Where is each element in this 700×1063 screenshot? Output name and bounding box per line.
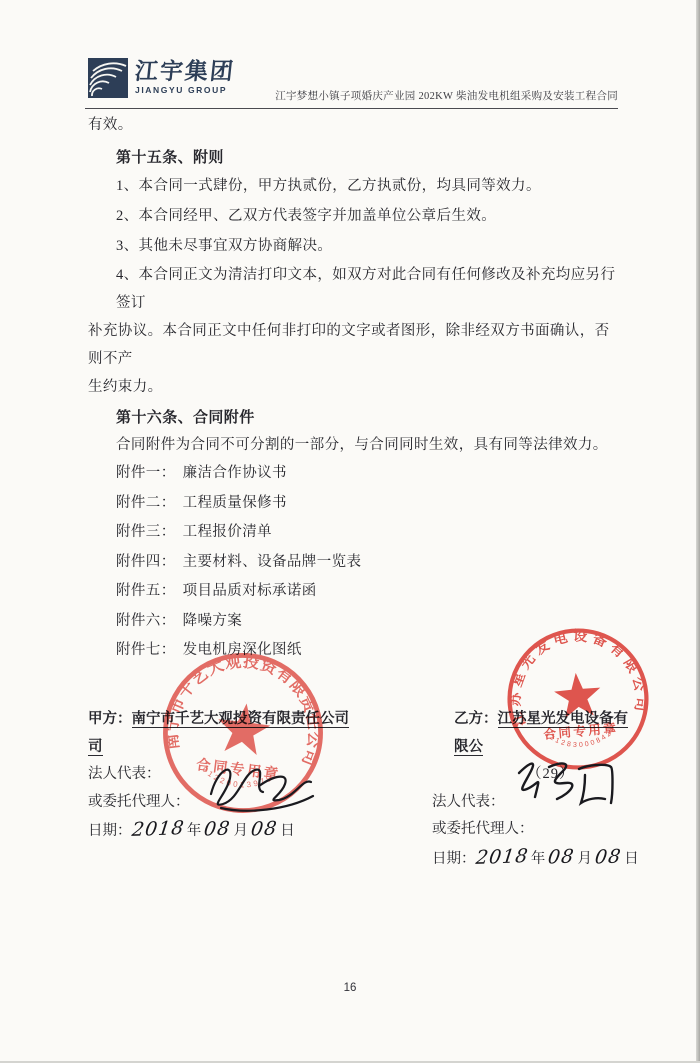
party-b-date-label: 日期： — [432, 851, 476, 867]
clause-15-item-4-line-2: 补充协议。本合同正文中任何非打印的文字或者图形，除非经双方书面确认，否则不产 — [88, 317, 620, 373]
party-b-role-label: 乙方： — [454, 711, 498, 727]
party-b-date-row: 日期：2018年08月08日 — [432, 844, 642, 874]
party-a-month-unit: 月 — [234, 823, 249, 839]
clause-15-item-1: 1、本合同一式肆份，甲方执贰份，乙方执贰份，均具同等效力。 — [88, 171, 620, 201]
party-a-agent-label: 或委托代理人： — [88, 794, 190, 810]
attachment-label: 附件一： — [116, 465, 176, 481]
attachment-row-3: 附件三：工程报价清单 — [88, 518, 620, 548]
attachment-name: 项目品质对标承诺函 — [183, 583, 317, 599]
party-a-company-row: 甲方：南宁市千艺大观投资有限责任公司 — [88, 706, 398, 734]
clause-16-title: 第十六条、合同附件 — [88, 405, 620, 431]
party-b-signature-block: 乙方：江苏星光发电设备有限公 （29） 法人代表： 或委托代理人： 日期：201… — [432, 706, 642, 873]
attachment-row-7: 附件七：发电机房深化图纸 — [88, 636, 620, 666]
attachment-name: 工程质量保修书 — [183, 495, 287, 511]
logo-en-text: JIANGYU GROUP — [135, 84, 235, 96]
attachment-name: 主要材料、设备品牌一览表 — [183, 554, 362, 570]
clause-15-item-3: 3、其他未尽事宜双方协商解决。 — [88, 231, 620, 261]
party-b-legal-rep-label: 法人代表： — [432, 794, 505, 810]
attachment-name: 工程报价清单 — [183, 524, 272, 540]
party-a-company-name-wrap: 司 — [88, 739, 103, 756]
party-b-note-row: （29） — [432, 761, 642, 789]
party-a-date-label: 日期： — [88, 823, 132, 839]
party-a-company-name: 南宁市千艺大观投资有限责任公司 — [132, 711, 350, 728]
clause-16-intro: 合同附件为合同不可分割的一部分，与合同同时生效，具有同等法律效力。 — [88, 431, 620, 459]
party-a-signature-block: 甲方：南宁市千艺大观投资有限责任公司 司 法人代表： 或委托代理人： 日期：20… — [88, 706, 398, 846]
attachment-row-2: 附件二：工程质量保修书 — [88, 489, 620, 519]
party-b-date-year-value: 2018 — [474, 843, 530, 872]
party-b-date-month-value: 08 — [547, 843, 577, 871]
attachment-label: 附件七： — [116, 642, 176, 658]
party-b-note-29: （29） — [527, 766, 575, 782]
clause-15-item-2: 2、本合同经甲、乙双方代表签字并加盖单位公章后生效。 — [88, 201, 620, 231]
clause-15-item-4-line-3: 生约束力。 — [88, 373, 620, 401]
attachment-row-6: 附件六：降噪方案 — [88, 607, 620, 637]
attachment-label: 附件五： — [116, 583, 176, 599]
company-logo: 江宇集团 JIANGYU GROUP — [88, 58, 235, 98]
party-a-date-month-value: 08 — [203, 816, 233, 844]
attachment-label: 附件四： — [116, 554, 176, 570]
attachment-label: 附件二： — [116, 495, 176, 511]
party-a-agent-row: 或委托代理人： — [88, 789, 398, 817]
logo-waves-icon — [88, 58, 128, 98]
contract-body: 有效。 第十五条、附则 1、本合同一式肆份，甲方执贰份，乙方执贰份，均具同等效力… — [88, 113, 620, 666]
attachment-row-4: 附件四：主要材料、设备品牌一览表 — [88, 548, 620, 578]
attachment-row-5: 附件五：项目品质对标承诺函 — [88, 577, 620, 607]
attachment-name: 廉洁合作协议书 — [183, 465, 287, 481]
header-divider — [85, 108, 618, 109]
clause-15-title: 第十五条、附则 — [88, 145, 620, 171]
contract-page: 江宇集团 JIANGYU GROUP 江宇梦想小镇子项婚庆产业园 202KW 柴… — [0, 0, 700, 1063]
party-b-legal-rep-row: 法人代表： — [432, 789, 642, 817]
party-a-date-year-value: 2018 — [130, 815, 186, 844]
party-a-legal-rep-row: 法人代表： — [88, 761, 398, 789]
party-b-agent-row: 或委托代理人： — [432, 816, 642, 844]
party-b-day-unit: 日 — [624, 851, 639, 867]
party-a-date-day-value: 08 — [249, 816, 279, 844]
attachment-name: 发电机房深化图纸 — [183, 642, 302, 658]
lead-line: 有效。 — [88, 113, 620, 137]
scan-edge-artifact — [696, 0, 700, 1063]
party-a-role-label: 甲方： — [88, 711, 132, 727]
logo-cn-text: 江宇集团 — [134, 58, 237, 84]
attachment-name: 降噪方案 — [183, 613, 243, 629]
party-a-company-wrap-row: 司 — [88, 734, 398, 762]
attachment-label: 附件三： — [116, 524, 176, 540]
party-a-legal-rep-label: 法人代表： — [88, 766, 161, 782]
attachment-row-1: 附件一：廉洁合作协议书 — [88, 459, 620, 489]
party-b-agent-label: 或委托代理人： — [432, 821, 534, 837]
party-a-year-unit: 年 — [187, 823, 202, 839]
attachment-label: 附件六： — [116, 613, 176, 629]
party-a-day-unit: 日 — [280, 823, 295, 839]
page-number: 16 — [0, 982, 700, 994]
clause-15-item-4-line-1: 4、本合同正文为清洁打印文本，如双方对此合同有任何修改及补充均应另行签订 — [88, 261, 620, 317]
party-b-year-unit: 年 — [531, 851, 546, 867]
logo-text: 江宇集团 JIANGYU GROUP — [135, 58, 235, 96]
party-b-date-day-value: 08 — [593, 843, 623, 871]
document-header-title: 江宇梦想小镇子项婚庆产业园 202KW 柴油发电机组采购及安装工程合同 — [275, 88, 618, 103]
party-b-company-row: 乙方：江苏星光发电设备有限公 — [432, 706, 642, 761]
party-b-month-unit: 月 — [578, 851, 593, 867]
party-a-date-row: 日期：2018年08月08日 — [88, 816, 398, 846]
